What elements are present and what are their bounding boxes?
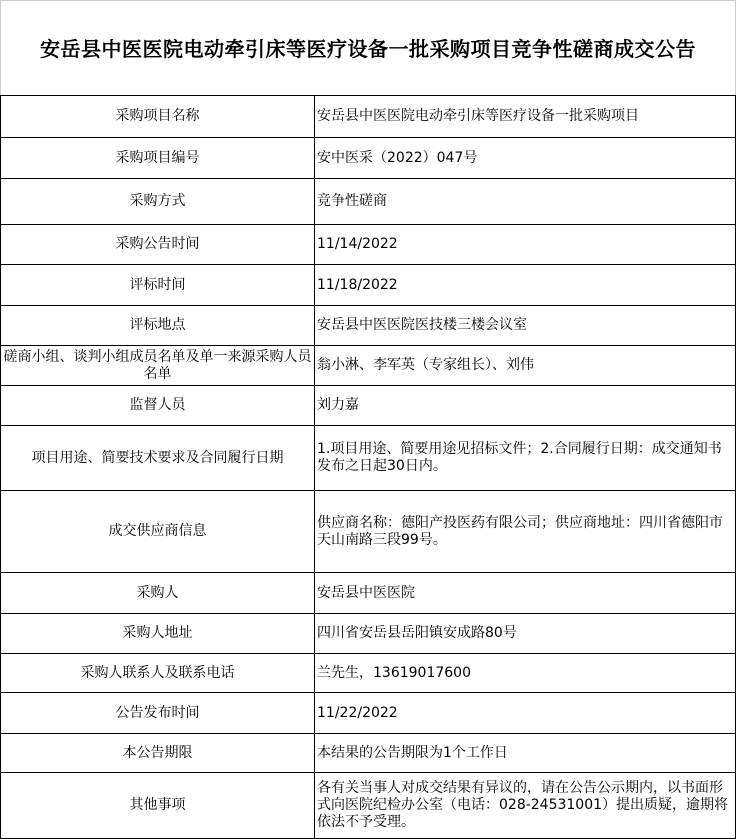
table-row: 本公告期限本结果的公告期限为1个工作日 [1, 734, 736, 773]
row-value-evaluation-location: 安岳县中医医院医技楼三楼会议室 [315, 306, 736, 346]
row-label-supervisor: 监督人员 [1, 386, 315, 426]
table-row: 采购公告时间11/14/2022 [1, 225, 736, 265]
row-value-purchaser-contact: 兰先生，13619017600 [315, 654, 736, 693]
row-label-publish-time: 公告发布时间 [1, 693, 315, 734]
table-row: 采购人地址四川省安岳县岳阳镇安成路80号 [1, 614, 736, 654]
row-label-panel-members: 磋商小组、谈判小组成员名单及单一来源采购人员名单 [1, 346, 315, 386]
row-label-notice-time: 采购公告时间 [1, 225, 315, 265]
row-value-supplier-info: 供应商名称：德阳产投医药有限公司；供应商地址：四川省德阳市天山南路三段99号。 [315, 491, 736, 573]
row-label-supplier-info: 成交供应商信息 [1, 491, 315, 573]
table-row: 采购项目编号安中医采（2022）047号 [1, 138, 736, 179]
table-row: 其他事项各有关当事人对成交结果有异议的，请在公告公示期内，以书面形式向医院纪检办… [1, 773, 736, 839]
table-row: 成交供应商信息供应商名称：德阳产投医药有限公司；供应商地址：四川省德阳市天山南路… [1, 491, 736, 573]
row-value-project-number: 安中医采（2022）047号 [315, 138, 736, 179]
row-value-supervisor: 刘力嘉 [315, 386, 736, 426]
table-row: 采购人联系人及联系电话兰先生，13619017600 [1, 654, 736, 693]
row-value-purchaser-address: 四川省安岳县岳阳镇安成路80号 [315, 614, 736, 654]
table-row: 监督人员刘力嘉 [1, 386, 736, 426]
row-label-purchaser-contact: 采购人联系人及联系电话 [1, 654, 315, 693]
row-value-other-matters: 各有关当事人对成交结果有异议的，请在公告公示期内，以书面形式向医院纪检办公室（电… [315, 773, 736, 839]
row-label-purchaser-address: 采购人地址 [1, 614, 315, 654]
row-value-publish-time: 11/22/2022 [315, 693, 736, 734]
row-value-evaluation-time: 11/18/2022 [315, 265, 736, 306]
row-label-project-number: 采购项目编号 [1, 138, 315, 179]
page-title: 安岳县中医医院电动牵引床等医疗设备一批采购项目竞争性磋商成交公告 [0, 0, 736, 95]
row-value-project-name: 安岳县中医医院电动牵引床等医疗设备一批采购项目 [315, 96, 736, 138]
row-label-project-name: 采购项目名称 [1, 96, 315, 138]
table-row: 磋商小组、谈判小组成员名单及单一来源采购人员名单翁小淋、李军英（专家组长）、刘伟 [1, 346, 736, 386]
table-row: 评标地点安岳县中医医院医技楼三楼会议室 [1, 306, 736, 346]
table-row: 采购人安岳县中医医院 [1, 573, 736, 614]
row-value-panel-members: 翁小淋、李军英（专家组长）、刘伟 [315, 346, 736, 386]
announcement-table: 采购项目名称安岳县中医医院电动牵引床等医疗设备一批采购项目 采购项目编号安中医采… [0, 95, 736, 839]
row-label-other-matters: 其他事项 [1, 773, 315, 839]
table-row: 评标时间11/18/2022 [1, 265, 736, 306]
row-value-notice-period: 本结果的公告期限为1个工作日 [315, 734, 736, 773]
row-value-purchaser: 安岳县中医医院 [315, 573, 736, 614]
row-label-evaluation-time: 评标时间 [1, 265, 315, 306]
row-label-purchaser: 采购人 [1, 573, 315, 614]
table-row: 公告发布时间11/22/2022 [1, 693, 736, 734]
row-value-notice-time: 11/14/2022 [315, 225, 736, 265]
row-value-project-purpose: 1.项目用途、简要用途见招标文件；2.合同履行日期：成交通知书发布之日起30日内… [315, 426, 736, 491]
table-row: 采购项目名称安岳县中医医院电动牵引床等医疗设备一批采购项目 [1, 96, 736, 138]
row-label-procurement-method: 采购方式 [1, 179, 315, 225]
row-label-notice-period: 本公告期限 [1, 734, 315, 773]
row-label-evaluation-location: 评标地点 [1, 306, 315, 346]
table-row: 项目用途、简要技术要求及合同履行日期1.项目用途、简要用途见招标文件；2.合同履… [1, 426, 736, 491]
table-row: 采购方式竞争性磋商 [1, 179, 736, 225]
row-label-project-purpose: 项目用途、简要技术要求及合同履行日期 [1, 426, 315, 491]
row-value-procurement-method: 竞争性磋商 [315, 179, 736, 225]
